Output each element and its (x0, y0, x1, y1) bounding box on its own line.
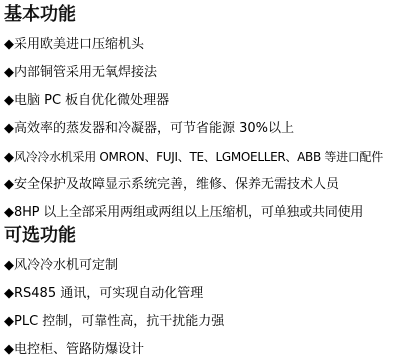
list-item-text: PLC 控制，可靠性高，抗干扰能力强 (14, 314, 224, 329)
list-item-text: RS485 通讯，可实现自动化管理 (14, 286, 203, 301)
diamond-bullet-icon: ◆ (4, 342, 14, 358)
list-item-text: 采用欧美进口压缩机头 (14, 37, 144, 52)
list-item: ◆安全保护及故障显示系统完善，维修、保养无需技术人员 (4, 177, 339, 193)
diamond-bullet-icon: ◆ (4, 177, 14, 193)
list-item-text: 内部铜管采用无氧焊接法 (14, 65, 157, 80)
list-item-text: 电脑 PC 板自优化微处理器 (14, 93, 169, 108)
diamond-bullet-icon: ◆ (4, 205, 14, 221)
list-item-text: 电控柜、管路防爆设计 (14, 342, 144, 357)
list-item-text: 8HP 以上全部采用两组或两组以上压缩机，可单独或共同使用 (14, 205, 363, 220)
diamond-bullet-icon: ◆ (4, 286, 14, 302)
list-item: ◆高效率的蒸发器和冷凝器，可节省能源 30%以上 (4, 121, 294, 137)
basic-features-heading: 基本功能 (4, 5, 76, 25)
diamond-bullet-icon: ◆ (4, 150, 14, 166)
list-item: ◆电脑 PC 板自优化微处理器 (4, 93, 169, 109)
diamond-bullet-icon: ◆ (4, 258, 14, 274)
diamond-bullet-icon: ◆ (4, 314, 14, 330)
list-item-text: 安全保护及故障显示系统完善，维修、保养无需技术人员 (14, 177, 339, 192)
diamond-bullet-icon: ◆ (4, 93, 14, 109)
list-item-text: 风冷冷水机可定制 (14, 258, 118, 273)
list-item: ◆PLC 控制，可靠性高，抗干扰能力强 (4, 314, 224, 330)
list-item: ◆RS485 通讯，可实现自动化管理 (4, 286, 203, 302)
optional-features-heading: 可选功能 (4, 226, 76, 246)
diamond-bullet-icon: ◆ (4, 121, 14, 137)
list-item-text: 风冷冷水机采用 OMRON、FUJI、TE、LGMOELLER、ABB 等进口配… (14, 150, 383, 164)
list-item: ◆风冷冷水机可定制 (4, 258, 118, 274)
list-item: ◆电控柜、管路防爆设计 (4, 342, 144, 358)
list-item: ◆采用欧美进口压缩机头 (4, 37, 144, 53)
list-item-text: 高效率的蒸发器和冷凝器，可节省能源 30%以上 (14, 121, 294, 136)
list-item: ◆8HP 以上全部采用两组或两组以上压缩机，可单独或共同使用 (4, 205, 363, 221)
list-item: ◆风冷冷水机采用 OMRON、FUJI、TE、LGMOELLER、ABB 等进口… (4, 149, 383, 166)
diamond-bullet-icon: ◆ (4, 65, 14, 81)
diamond-bullet-icon: ◆ (4, 37, 14, 53)
list-item: ◆内部铜管采用无氧焊接法 (4, 65, 157, 81)
